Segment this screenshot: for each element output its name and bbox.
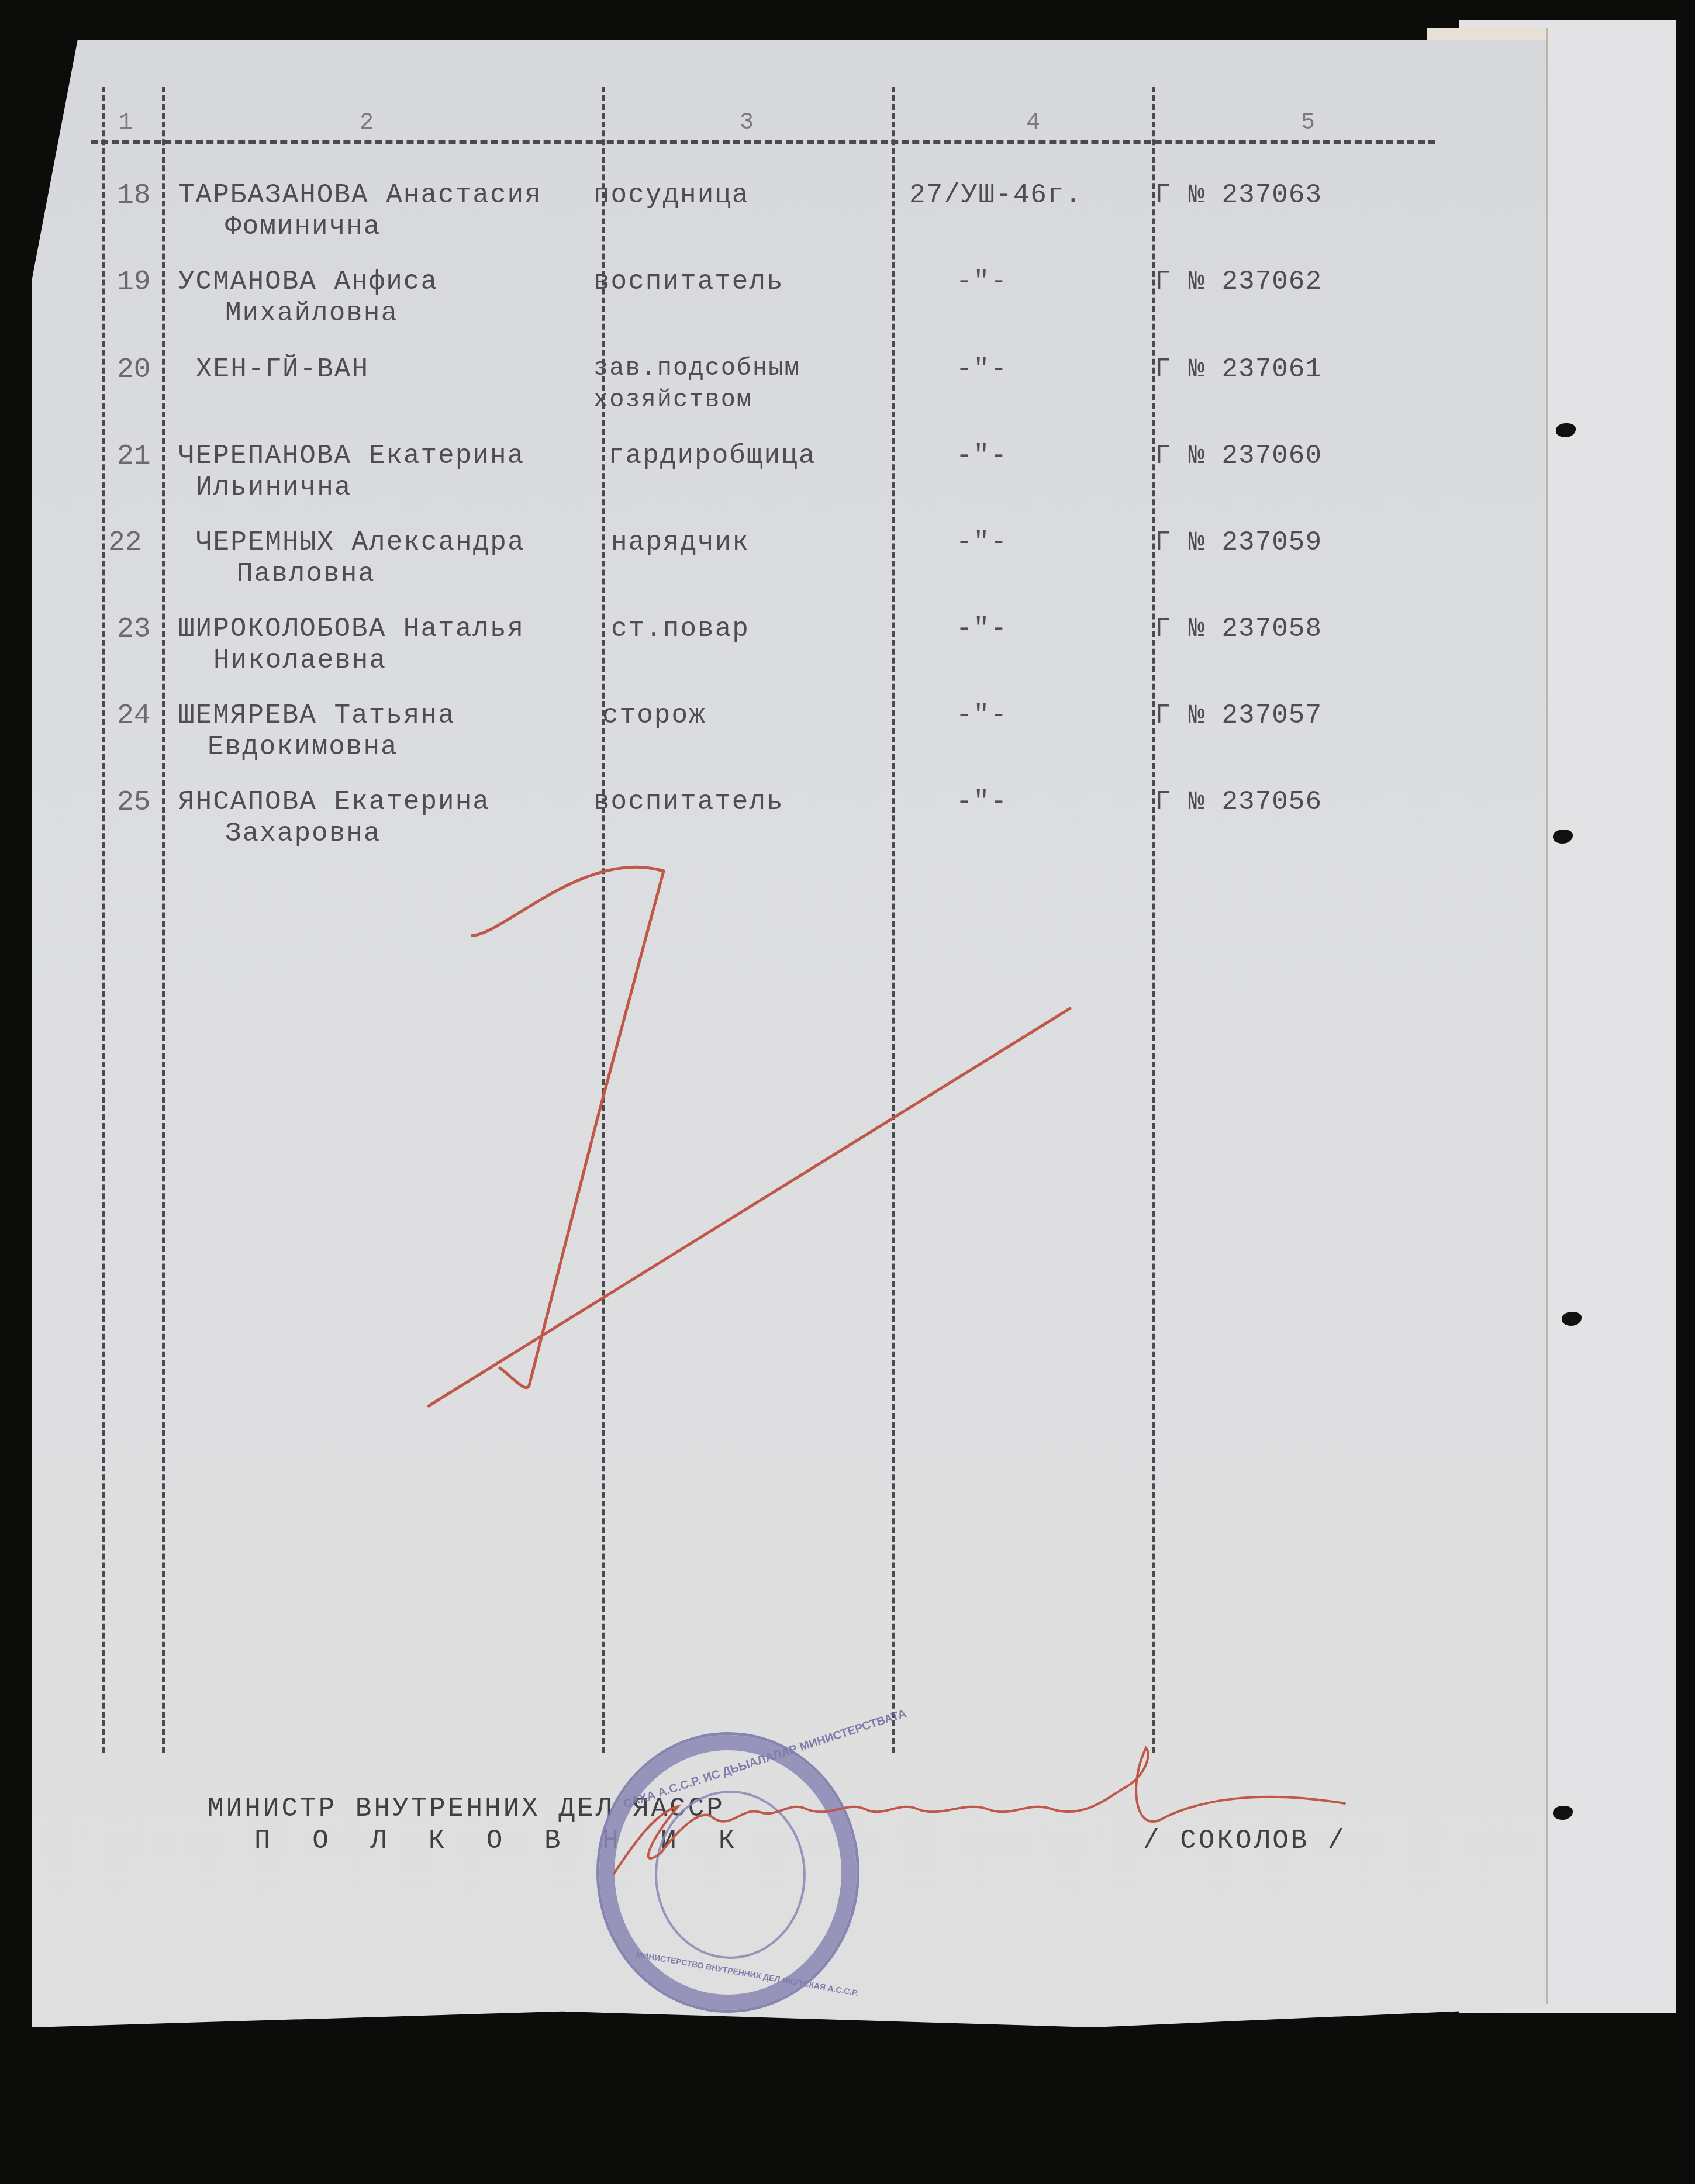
cancellation-stroke (472, 867, 664, 1387)
cancellation-line (429, 1008, 1070, 1406)
signature-stroke (614, 1748, 1345, 1874)
red-pencil-marks (0, 0, 1695, 2184)
